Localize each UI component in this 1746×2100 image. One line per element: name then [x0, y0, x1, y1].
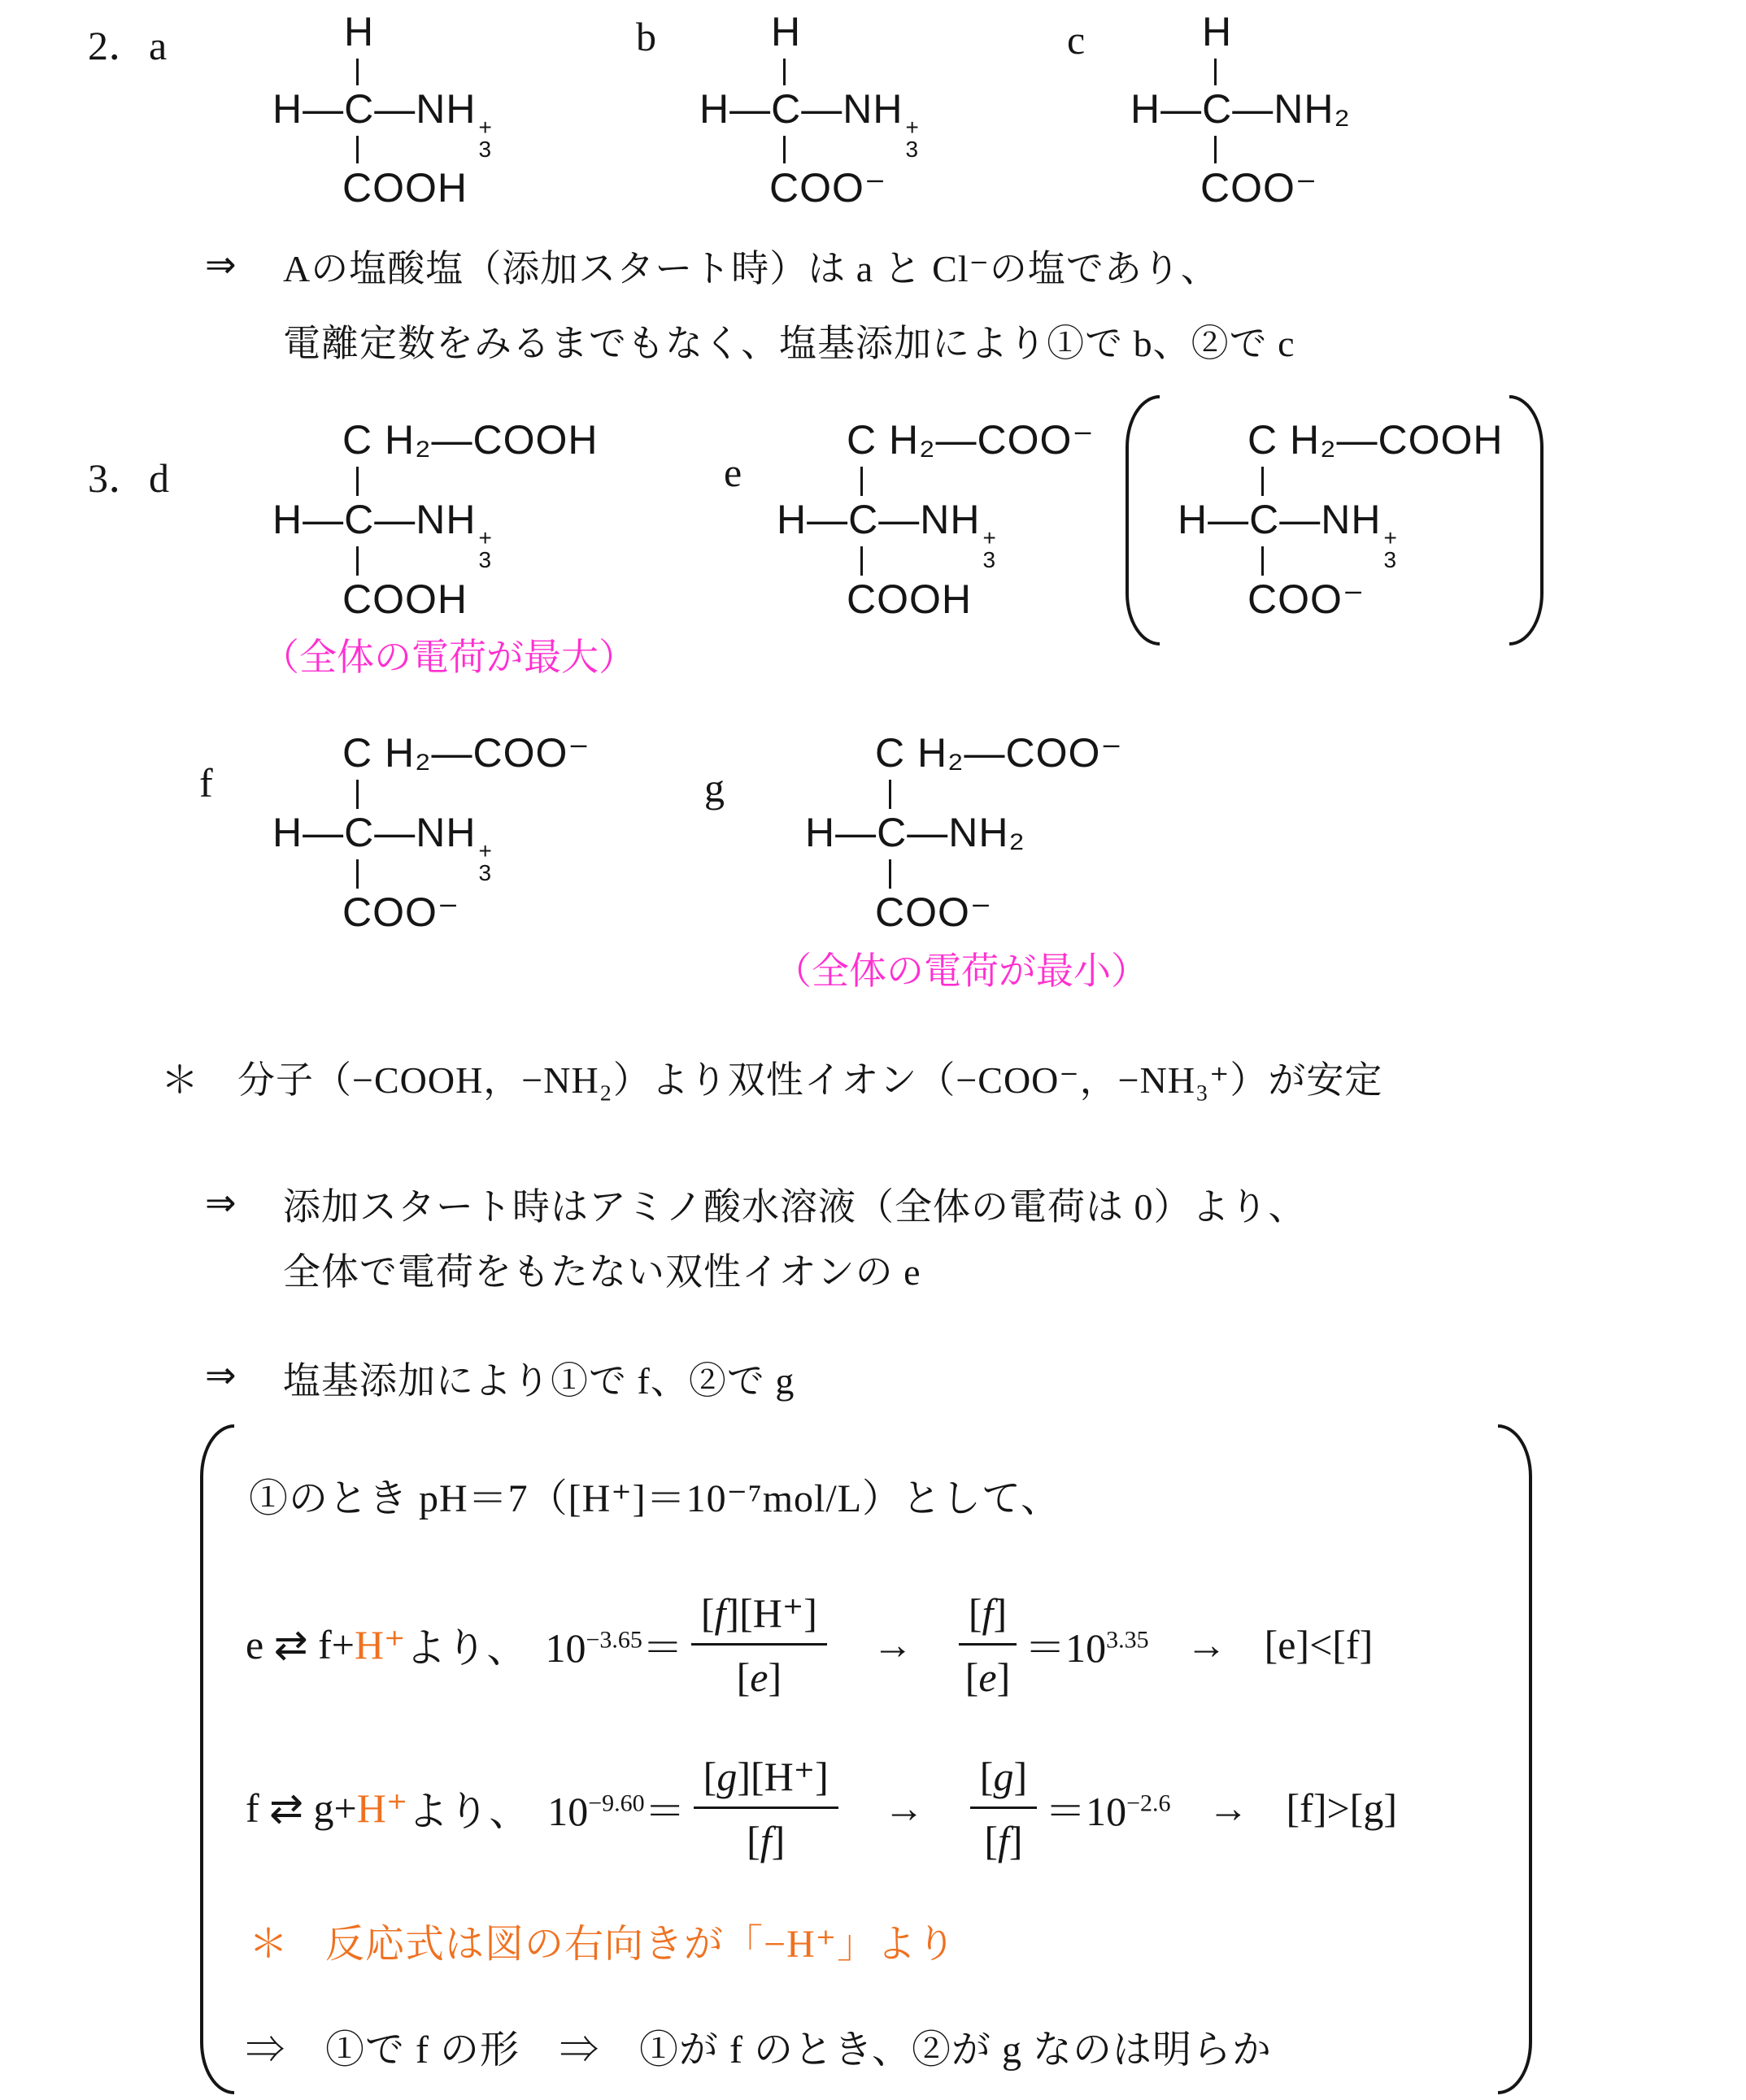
- structure-g-top: C H₂—COO⁻: [875, 733, 1123, 773]
- arrow-right-icon: →: [873, 1621, 913, 1668]
- arrow-right-icon: →: [884, 1785, 925, 1832]
- left-parenthesis-icon: [1126, 395, 1160, 646]
- structure-bracketed: C H₂—COOH H—C—NH+3 COO⁻: [1178, 416, 1535, 637]
- bond-icon: [1214, 136, 1217, 163]
- left-parenthesis-icon: [200, 1424, 234, 2094]
- bond-icon: [889, 859, 891, 889]
- structure-e: C H₂—COO⁻ H—C—NH+3 COOH: [777, 416, 1134, 637]
- note-hcl-salt-line1: Aの塩酸塩（添加スタート時）は a と Cl⁻の塩であり、: [283, 239, 1219, 293]
- eq2-ka: 10−9.60＝: [547, 1779, 685, 1837]
- item-2a-label: 2．a: [88, 13, 167, 72]
- bond-icon: [860, 467, 863, 496]
- eq1-proton: H⁺: [355, 1621, 406, 1668]
- structure-b-backbone: H—C—NH+3: [699, 89, 919, 160]
- double-arrow-icon: ⇒: [205, 242, 237, 286]
- handwritten-chemistry-notes-page: 2．a H H—C—NH+3 COOH b H H—C—NH+3 COO⁻ c …: [0, 0, 1746, 2100]
- bond-icon: [356, 59, 359, 85]
- bond-icon: [356, 546, 359, 576]
- structure-c: H H—C—NH₂ COO⁻: [1130, 11, 1488, 233]
- note-reaction-direction: 反応式は図の右向きが「−H⁺」より: [325, 1912, 956, 1968]
- structure-c-top: H: [1202, 11, 1232, 52]
- structure-f: C H₂—COO⁻ H—C—NH+3 COO⁻: [272, 729, 630, 950]
- item-b-label: b: [636, 13, 656, 60]
- bond-icon: [356, 780, 359, 809]
- eq1-lhs-suffix: より、: [405, 1615, 527, 1674]
- bond-icon: [860, 546, 863, 576]
- structure-e-top: C H₂—COO⁻: [847, 420, 1095, 460]
- asterisk-icon: ＊: [161, 1050, 199, 1104]
- eq2-lhs: f ⇄ g+: [246, 1785, 357, 1832]
- note-base-addition-fg: 塩基添加により①で f、②で g: [283, 1351, 795, 1405]
- structure-d-bottom: COOH: [342, 579, 468, 620]
- structure-c-bottom: COO⁻: [1200, 167, 1317, 208]
- double-arrow-icon: ⇒: [205, 1353, 237, 1397]
- note-hcl-salt-line2: 電離定数をみるまでもなく、塩基添加により①で b、②で c: [283, 314, 1295, 367]
- note-zwitterion-stable: 分子（−COOH，−NH₂）より双性イオン（−COO⁻，−NH₃⁺）が安定: [237, 1050, 1382, 1104]
- structure-b-top: H: [771, 11, 801, 52]
- structure-d: C H₂—COOH H—C—NH+3 COOH: [272, 416, 630, 637]
- structure-b: H H—C—NH+3 COO⁻: [699, 11, 1057, 233]
- note-max-charge: （全体の電荷が最大）: [262, 628, 636, 681]
- structure-d-top: C H₂—COOH: [342, 420, 599, 460]
- eq1-ratio-value: ＝103.35: [1025, 1615, 1149, 1674]
- bond-icon: [889, 780, 891, 809]
- right-parenthesis-icon: [1509, 395, 1544, 646]
- equation-f-g: f ⇄ g+H⁺より、 10−9.60＝ [g][H⁺] [f] → [g] […: [246, 1727, 1397, 1889]
- bond-icon: [783, 59, 786, 85]
- structure-a-top: H: [344, 11, 374, 52]
- eq2-proton: H⁺: [357, 1785, 408, 1832]
- structure-e-bottom: COOH: [847, 579, 972, 620]
- equation-e-f: e ⇄ f+H⁺より、 10−3.65＝ [f][H⁺] [e] → [f] […: [246, 1567, 1373, 1722]
- structure-e-backbone: H—C—NH+3: [777, 499, 996, 571]
- item-e-label: e: [724, 449, 742, 496]
- structure-g-backbone: H—C—NH₂: [805, 812, 1028, 880]
- structure-a-backbone: H—C—NH+3: [272, 89, 492, 160]
- right-parenthesis-icon: [1498, 1424, 1532, 2094]
- bond-icon: [1261, 546, 1264, 576]
- note-conclusion: ⇒ ①で f の形 ⇒ ①が f のとき、②が g なのは明らか: [246, 2018, 1272, 2074]
- eq1-lhs: e ⇄ f+: [246, 1621, 355, 1668]
- structure-bracketed-bottom: COO⁻: [1247, 579, 1365, 620]
- eq2-result: [f]>[g]: [1287, 1785, 1397, 1832]
- structure-bracketed-top: C H₂—COOH: [1247, 420, 1504, 460]
- item-3d-label: 3．d: [88, 446, 169, 504]
- structure-f-bottom: COO⁻: [342, 892, 459, 933]
- structure-c-backbone: H—C—NH₂: [1130, 89, 1353, 157]
- arrow-right-icon: →: [1208, 1785, 1249, 1832]
- bond-icon: [356, 859, 359, 889]
- eq2-fraction-2: [g] [f]: [970, 1753, 1037, 1864]
- structure-bracketed-backbone: H—C—NH+3: [1178, 499, 1397, 571]
- structure-g-bottom: COO⁻: [875, 892, 992, 933]
- structure-d-backbone: H—C—NH+3: [272, 499, 492, 571]
- eq2-fraction-1: [g][H⁺] [f]: [694, 1753, 838, 1864]
- item-g-label: g: [704, 764, 725, 811]
- item-c-label: c: [1067, 16, 1085, 63]
- double-arrow-icon: ⇒: [205, 1180, 237, 1224]
- structure-a: H H—C—NH+3 COOH: [272, 11, 630, 233]
- arrow-right-icon: →: [1186, 1621, 1227, 1668]
- structure-f-backbone: H—C—NH+3: [272, 812, 492, 884]
- bond-icon: [1261, 467, 1264, 496]
- structure-a-bottom: COOH: [342, 167, 468, 208]
- asterisk-icon: ＊: [249, 1912, 289, 1968]
- structure-g: C H₂—COO⁻ H—C—NH₂ COO⁻: [805, 729, 1163, 950]
- structure-f-top: C H₂—COO⁻: [342, 733, 590, 773]
- eq2-lhs-suffix: より、: [407, 1779, 529, 1837]
- eq1-ka: 10−3.65＝: [545, 1615, 682, 1674]
- note-start-zwitterion-line1: 添加スタート時はアミノ酸水溶液（全体の電荷は 0）より、: [283, 1177, 1307, 1231]
- bond-icon: [783, 136, 786, 163]
- note-min-charge: （全体の電荷が最小）: [774, 941, 1148, 995]
- bond-icon: [356, 136, 359, 163]
- eq2-ratio-value: ＝10−2.6: [1045, 1779, 1170, 1837]
- bond-icon: [356, 467, 359, 496]
- eq1-fraction-2: [f] [e]: [959, 1589, 1017, 1701]
- note-start-zwitterion-line2: 全体で電荷をもたない双性イオンの e: [283, 1242, 921, 1296]
- item-f-label: f: [199, 759, 213, 807]
- bond-icon: [1214, 59, 1217, 85]
- eq1-result: [e]<[f]: [1265, 1621, 1374, 1668]
- eq1-fraction-1: [f][H⁺] [e]: [691, 1589, 827, 1701]
- structure-b-bottom: COO⁻: [769, 167, 886, 208]
- box-ph-assumption-line: ①のとき pH＝7（[H⁺]＝10⁻⁷mol/L）として、: [249, 1467, 1060, 1523]
